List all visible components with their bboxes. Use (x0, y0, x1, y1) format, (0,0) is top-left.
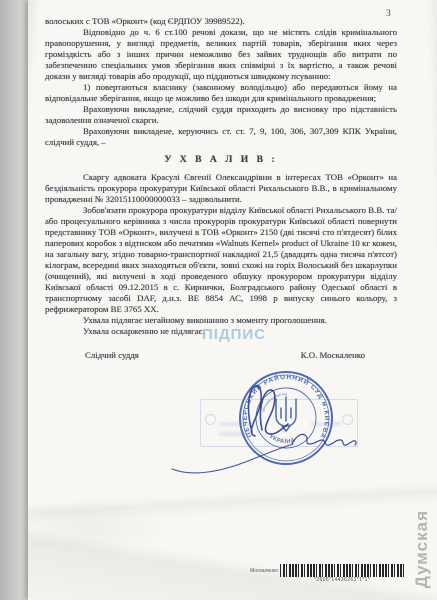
paragraph: Зобов'язати прокурора прокуратури відділ… (45, 205, 397, 315)
barcode-label: Москаленко (250, 568, 278, 574)
handwritten-ink-marks (140, 360, 380, 490)
pen-stroke (172, 444, 293, 473)
paragraph: Скаргу адвоката Красулі Євгенії Олександ… (45, 172, 397, 205)
judge-signature (249, 386, 262, 436)
paragraph: волоських с ТОВ «Орконт» (код ЄРДПОУ 399… (45, 16, 397, 27)
barcode-block: Москаленко *2606*14436261*1*1* (250, 564, 404, 583)
paragraph: Відповідно до ч. 6 ст.100 речові докази,… (45, 27, 397, 82)
document-text: волоських с ТОВ «Орконт» (код ЄРДПОУ 399… (45, 16, 397, 361)
secondary-signature (292, 434, 356, 445)
barcode (280, 564, 404, 577)
judge-signature (260, 390, 288, 434)
barcode-number: *2606*14436261*1*1* (280, 577, 404, 583)
ruling-heading: У Х В А Л И В : (45, 154, 397, 165)
scanned-court-document: 3 волоських с ТОВ «Орконт» (код ЄРДПОУ 3… (0, 0, 437, 600)
paragraph: 1) повертаються власнику (законному воло… (45, 82, 397, 104)
judge-role-label: Слідчий суддя (45, 350, 139, 361)
signature-redaction-watermark: ПІДПИС (202, 326, 266, 343)
paragraph: Враховуючи викладене, керуючись ст. ст. … (45, 126, 397, 148)
paragraph: Враховуючи викладене, слідчий суддя прих… (45, 104, 397, 126)
paragraph: Ухвала підлягає негайному виконанню з мо… (45, 315, 397, 326)
site-watermark: Думская (412, 510, 432, 588)
